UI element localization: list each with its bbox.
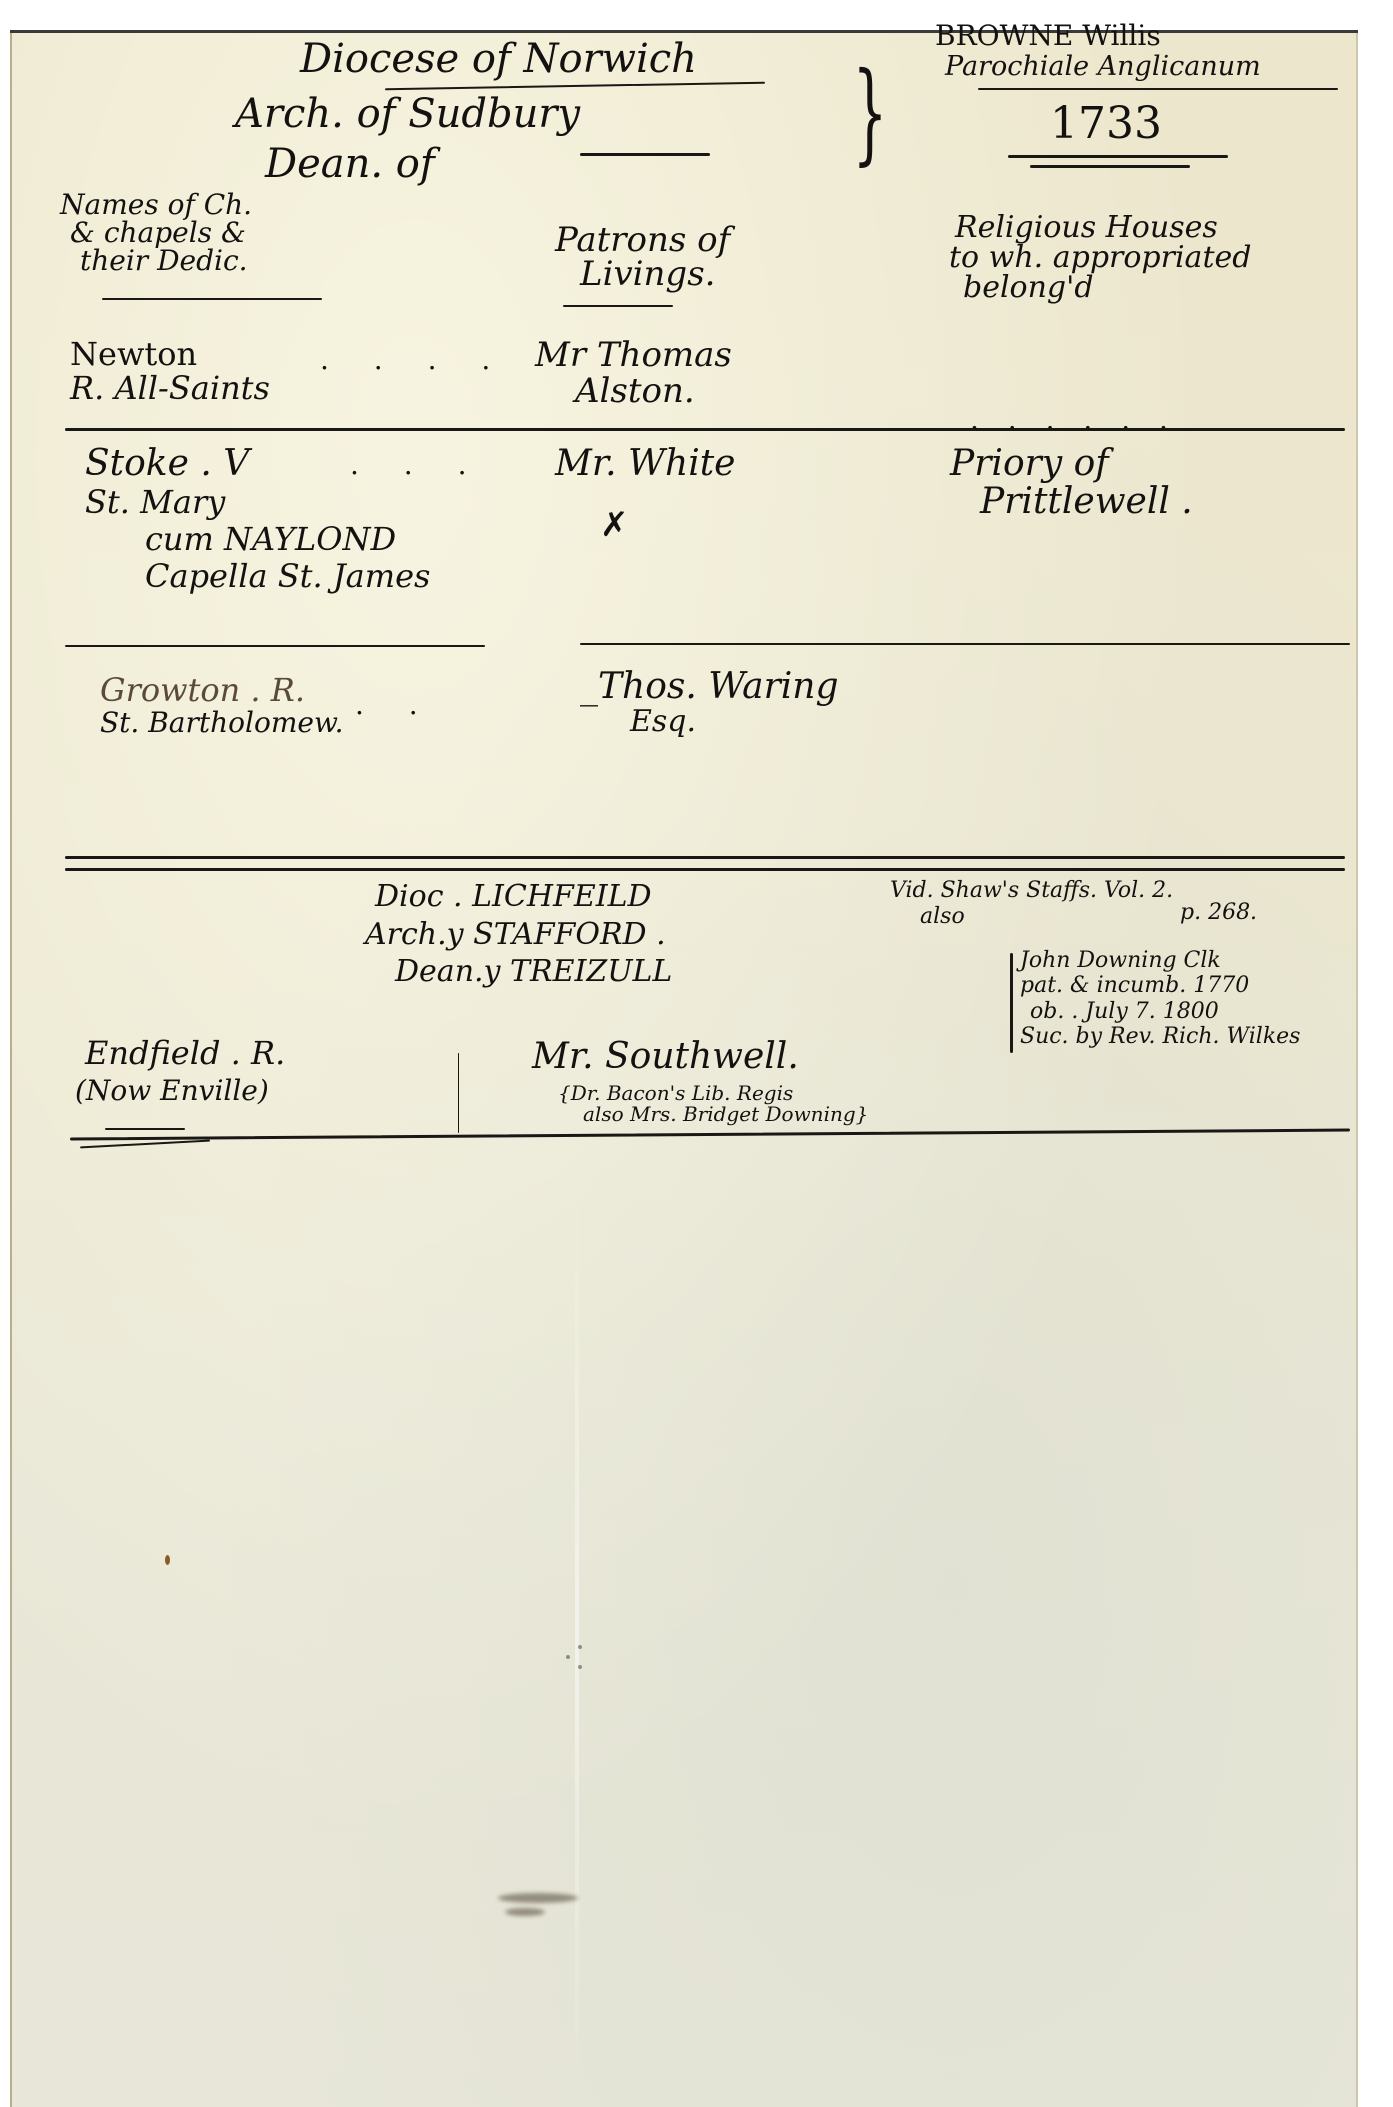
entry-endfield-patron: Mr. Southwell. [532, 1038, 799, 1076]
note-obit: ob. . July 7. 1800 [1030, 999, 1300, 1024]
col2-line2: Livings. [580, 257, 730, 291]
priory-line1: Priory of [950, 445, 1193, 483]
ink-smudge-2 [505, 1908, 545, 1916]
entry-endfield-place: Endfield . R. (Now Enville) [85, 1033, 285, 1108]
paper-fold-crease [575, 1183, 579, 2083]
leader-dots-stoke: . . . [350, 448, 485, 481]
source-underline [978, 88, 1338, 90]
growton-patron-line2: Esq. [630, 706, 839, 738]
stafford-archdeaconry: Arch.y STAFFORD . [365, 916, 672, 954]
note-patron-incumbent: pat. & incumb. 1770 [1020, 973, 1300, 998]
col1-line3: their Dedic. [80, 247, 252, 275]
stoke-dedication: St. Mary [85, 484, 430, 521]
endfield-name: Endfield . R. [85, 1033, 285, 1073]
entry-stoke-patron: Mr. White [555, 445, 735, 483]
bacon-lib-regis: {Dr. Bacon's Lib. Regis [558, 1083, 868, 1104]
note-bracket [1010, 953, 1013, 1053]
column-separator [458, 1053, 459, 1133]
diocese-underline [385, 82, 765, 91]
column-heading-religious-houses: Religious Houses to wh. appropriated bel… [955, 213, 1251, 303]
note-shaw-reference: Vid. Shaw's Staffs. Vol. 2. [890, 878, 1173, 904]
ink-dot-1 [566, 1655, 570, 1659]
section2-heading: Dioc . LICHFEILD Arch.y STAFFORD . Dean.… [375, 878, 672, 991]
note-also: also [920, 904, 1173, 930]
stoke-chapel: Capella St. James [145, 558, 430, 595]
growton-patron-line1: _Thos. Waring [580, 668, 839, 706]
newton-patron-line2: Alston. [575, 374, 732, 410]
row-divider-2b [580, 643, 1350, 645]
deanery-title: Dean. of [265, 143, 435, 185]
priory-line2: Prittlewell . [980, 483, 1193, 521]
growton-name: Growton . R. [100, 673, 344, 708]
note-john-downing: John Downing Clk [1020, 948, 1300, 973]
mrs-bridget-downing: also Mrs. Bridget Downing} [583, 1104, 868, 1125]
source-title: Parochiale Anglicanum [945, 53, 1261, 81]
col3-line3: belong'd [963, 273, 1251, 303]
col3-line2: to wh. appropriated [949, 243, 1251, 273]
year-underline-1 [1008, 155, 1228, 158]
diocese-title: Diocese of Norwich [300, 38, 697, 80]
rust-spot [165, 1555, 170, 1565]
newton-patron-line1: Mr Thomas [535, 338, 732, 374]
cross-mark-icon: ✗ [600, 508, 629, 544]
ink-dot-3 [578, 1665, 582, 1669]
closing-rule [70, 1129, 1350, 1141]
year-underline-2 [1030, 165, 1190, 168]
entry-stoke-religious-house: Priory of Prittlewell . [950, 445, 1193, 521]
note-successor: Suc. by Rev. Rich. Wilkes [1020, 1024, 1300, 1049]
stoke-naylond: cum NAYLOND [145, 521, 430, 558]
growton-dedication: St. Bartholomew. [100, 708, 344, 739]
entry-newton-place: Newton R. All-Saints [70, 338, 270, 405]
col2-underline [563, 305, 673, 307]
entry-newton-patron: Mr Thomas Alston. [535, 338, 732, 409]
section-double-rule-1 [65, 856, 1345, 859]
column-heading-patrons: Patrons of Livings. [555, 223, 730, 291]
entry-growton-patron: _Thos. Waring Esq. [580, 668, 839, 737]
leader-dots-growton: . . [355, 688, 436, 721]
col3-line1: Religious Houses [955, 213, 1251, 243]
newton-name: Newton [70, 338, 270, 372]
column-heading-names: Names of Ch. & chapels & their Dedic. [60, 191, 252, 275]
source-author: BROWNE Willis [935, 21, 1161, 50]
lichfeild-diocese: Dioc . LICHFEILD [375, 878, 672, 916]
source-year: 1733 [1050, 101, 1162, 147]
archdeaconry-title: Arch. of Sudbury [235, 93, 580, 135]
leader-dots: . . . . [320, 343, 508, 376]
col2-line1: Patrons of [555, 223, 730, 257]
endfield-now-enville: (Now Enville) [75, 1073, 285, 1108]
col1-underline [102, 298, 322, 300]
section-double-rule-2 [65, 868, 1345, 871]
entry-newton-religious-house: . . . . . . [970, 403, 1178, 436]
enville-underline [105, 1128, 185, 1130]
treizull-deanery: Dean.y TREIZULL [395, 953, 672, 991]
row-divider-2a [65, 645, 485, 647]
entry-growton-place: Growton . R. St. Bartholomew. [100, 673, 344, 739]
row-divider-1 [65, 428, 1345, 431]
margin-note: Vid. Shaw's Staffs. Vol. 2. also [890, 878, 1173, 931]
note-page: p. 268. [1180, 901, 1257, 924]
ink-dot-2 [578, 1645, 582, 1649]
col1-line1: Names of Ch. [60, 191, 252, 219]
deanery-blank-line [580, 153, 710, 156]
header-brace: } [853, 48, 888, 176]
col1-line2: & chapels & [70, 219, 252, 247]
entry-endfield-patron-note: {Dr. Bacon's Lib. Regis also Mrs. Bridge… [558, 1083, 868, 1125]
ink-smudge [498, 1893, 578, 1903]
closing-rule-tail [80, 1140, 210, 1149]
manuscript-page: Diocese of Norwich Arch. of Sudbury Dean… [10, 30, 1358, 2107]
margin-note-downing: John Downing Clk pat. & incumb. 1770 ob.… [1020, 948, 1300, 1049]
newton-dedication: R. All-Saints [70, 372, 270, 406]
